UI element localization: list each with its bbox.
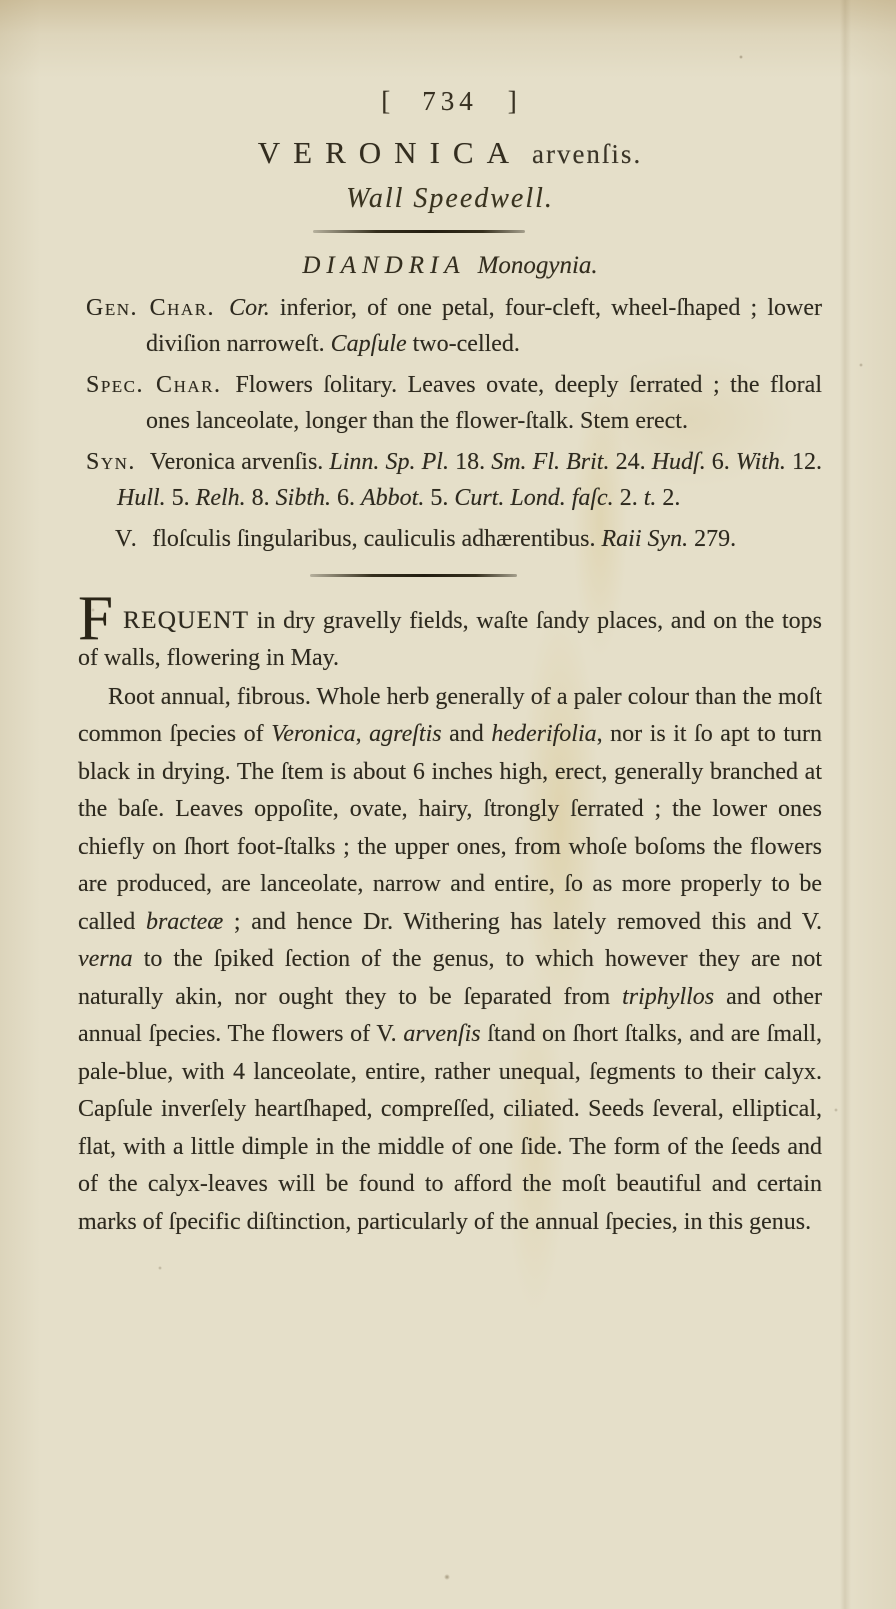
common-name: Wall Speedwell.: [78, 183, 822, 215]
book-page: [734] VERONICAarvenſis. Wall Speedwell. …: [0, 0, 896, 1609]
divider-rule-top: [313, 230, 525, 233]
entry-text: floſculis ſingularibus, cauliculis adhær…: [152, 526, 736, 552]
folio-number: 734: [422, 86, 478, 116]
taxonomy-line: DIANDRIAMonogynia.: [78, 252, 822, 280]
page-content: [734] VERONICAarvenſis. Wall Speedwell. …: [0, 0, 896, 1241]
page-number: [734]: [78, 86, 822, 117]
description-entries: Gen. Char.Cor. inferior, of one petal, f…: [78, 291, 822, 558]
divider-rule-bottom: [310, 574, 517, 577]
linnaean-class: DIANDRIA: [302, 252, 465, 279]
entry-label: V.: [115, 526, 138, 552]
description-body: FREQUENT in dry gravelly fields, waſte ſ…: [78, 601, 822, 1242]
entry-text: Flowers ſolitary. Leaves ovate, deeply ſ…: [146, 372, 822, 434]
linnaean-order: Monogynia.: [478, 252, 598, 279]
entry-specific-character: Spec. Char.Flowers ſolitary. Leaves ovat…: [78, 368, 822, 439]
paragraph-botanical-description: Root annual, fibrous. Whole herb general…: [78, 679, 822, 1242]
dropcap-letter: F: [78, 583, 116, 653]
folio-bracket-open: [: [381, 86, 392, 116]
entry-ray-synopsis: V.floſculis ſingularibus, cauliculis adh…: [78, 522, 822, 558]
folio-bracket-close: ]: [508, 86, 519, 116]
genus-name: VERONICA: [258, 135, 522, 170]
entry-label: Gen. Char.: [86, 295, 215, 321]
entry-label: Syn.: [86, 449, 136, 475]
entry-text: Cor. inferior, of one petal, four-cleft,…: [146, 295, 822, 357]
paragraph-habitat: FREQUENT in dry gravelly fields, waſte ſ…: [78, 601, 822, 678]
paragraph-text: Root annual, fibrous. Whole herb general…: [78, 684, 822, 1235]
entry-generic-character: Gen. Char.Cor. inferior, of one petal, f…: [78, 291, 822, 362]
species-epithet: arvenſis.: [532, 139, 642, 169]
entry-synonyms: Syn.Veronica arvenſis. Linn. Sp. Pl. 18.…: [78, 445, 822, 516]
entry-label: Spec. Char.: [86, 372, 221, 398]
entry-text: Veronica arvenſis. Linn. Sp. Pl. 18. Sm.…: [117, 449, 822, 511]
species-title: VERONICAarvenſis.: [78, 134, 822, 171]
lead-smallcaps: REQUENT: [123, 605, 249, 634]
